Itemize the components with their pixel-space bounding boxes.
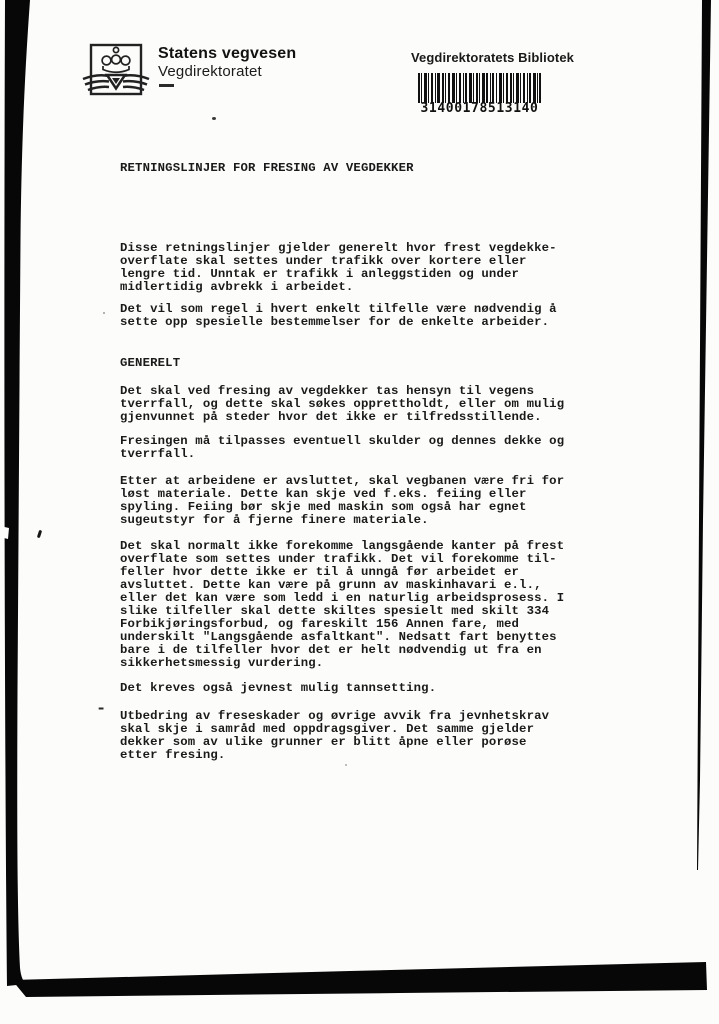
barcode-bars-icon <box>418 73 541 103</box>
scan-edge-right <box>697 0 711 870</box>
org-name: Statens vegvesen <box>158 45 296 63</box>
section-heading-generelt: GENERELT <box>120 357 180 370</box>
paragraph-intro-2: Det vil som regel i hvert enkelt tilfell… <box>120 303 557 329</box>
paragraph-skulder: Fresingen må tilpasses eventuell skulder… <box>120 435 564 461</box>
org-unit: Vegdirektoratet <box>158 63 262 80</box>
scan-edge-left <box>4 0 30 986</box>
scan-edge-bottom <box>12 962 707 997</box>
scan-noise-mark <box>37 530 42 539</box>
paragraph-langsgaende-kanter: Det skal normalt ikke forekomme langsgåe… <box>120 540 564 670</box>
scan-noise-dot <box>345 764 347 766</box>
statens-vegvesen-logo <box>80 42 152 100</box>
paragraph-rengjoring: Etter at arbeidene er avsluttet, skal ve… <box>120 475 564 527</box>
paragraph-tverrfall: Det skal ved fresing av vegdekker tas he… <box>120 385 564 424</box>
paragraph-utbedring: Utbedring av freseskader og øvrige avvik… <box>120 710 549 762</box>
library-label: Vegdirektoratets Bibliotek <box>411 50 574 65</box>
paragraph-intro-1: Disse retningslinjer gjelder generelt hv… <box>120 242 557 294</box>
paragraph-tannsetting: Det kreves også jevnest mulig tannsettin… <box>120 682 436 695</box>
document-title: RETNINGSLINJER FOR FRESING AV VEGDEKKER <box>120 162 414 175</box>
crown-icon <box>102 47 130 72</box>
margin-dash-mark: - <box>96 700 106 719</box>
org-underline-mark <box>159 84 174 87</box>
barcode-number: 31400178513140 <box>418 101 541 116</box>
scan-noise-dot <box>103 312 105 314</box>
library-barcode: 31400178513140 <box>418 73 541 117</box>
scan-noise-dot <box>212 117 216 120</box>
scanned-document-page: Statens vegvesen Vegdirektoratet Vegdire… <box>0 0 719 1024</box>
